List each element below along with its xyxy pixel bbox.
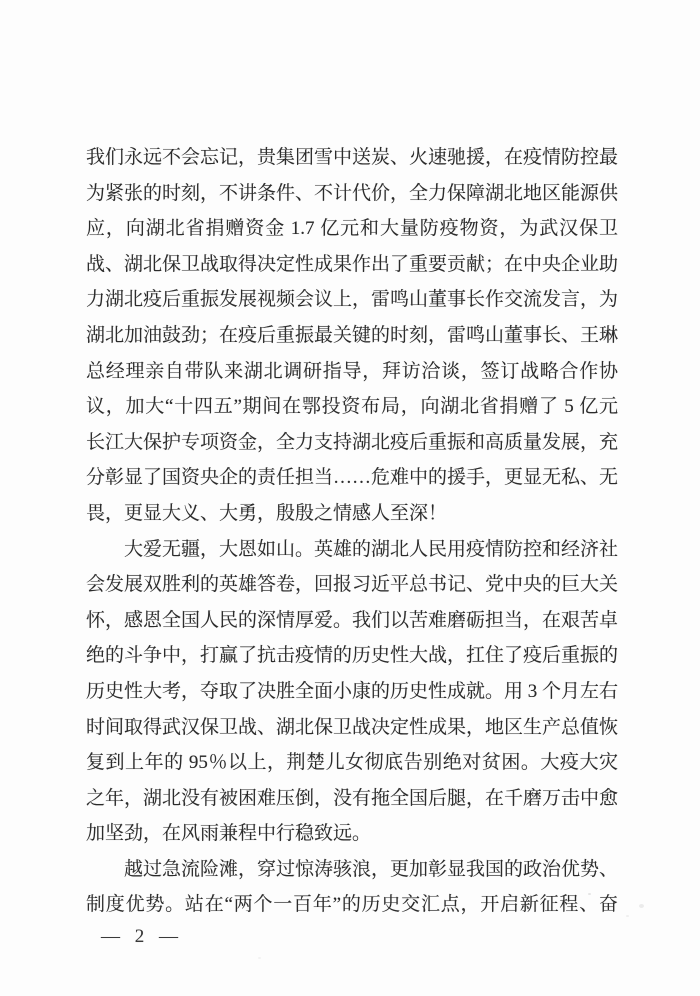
- text-line: 之年，湖北没有被困难压倒，没有拖全国后腿，在千磨万击中愈: [86, 781, 618, 817]
- document-page: 我们永远不会忘记，贵集团雪中送炭、火速驰援，在疫情防控最 为紧张的时刻，不讲条件…: [0, 0, 700, 996]
- text-line: 为紧张的时刻，不讲条件、不计代价，全力保障湖北地区能源供: [86, 176, 618, 212]
- text-line: 复到上年的 95％以上，荆楚儿女彻底告别绝对贫困。大疫大灾: [86, 745, 618, 781]
- text-line: 会发展双胜利的英雄答卷，回报习近平总书记、党中央的巨大关: [86, 567, 618, 603]
- text-line: 应，向湖北省捐赠资金 1.7 亿元和大量防疫物资，为武汉保卫: [86, 211, 618, 247]
- text-line: 总经理亲自带队来湖北调研指导，拜访洽谈，签订战略合作协: [86, 354, 618, 390]
- text-line: 历史性大考，夺取了决胜全面小康的历史性成就。用 3 个月左右: [86, 674, 618, 710]
- text-line: 我们永远不会忘记，贵集团雪中送炭、火速驰援，在疫情防控最: [86, 140, 618, 176]
- text-line: 长江大保护专项资金，全力支持湖北疫后重振和高质量发展，充: [86, 425, 618, 461]
- text-line: 湖北加油鼓劲；在疫后重振最关键的时刻，雷鸣山董事长、王琳: [86, 318, 618, 354]
- text-line: 加坚劲，在风雨兼程中行稳致远。: [86, 816, 618, 852]
- text-line: 制度优势。站在“两个一百年”的历史交汇点，开启新征程、奋: [86, 887, 618, 923]
- text-line: 议，加大“十四五”期间在鄂投资布局，向湖北省捐赠了 5 亿元: [86, 389, 618, 425]
- text-line: 分彰显了国资央企的责任担当……危难中的援手，更显无私、无: [86, 460, 618, 496]
- letter-body: 我们永远不会忘记，贵集团雪中送炭、火速驰援，在疫情防控最 为紧张的时刻，不讲条件…: [86, 140, 618, 923]
- text-line: 大爱无疆，大恩如山。英雄的湖北人民用疫情防控和经济社: [86, 532, 618, 568]
- text-line: 畏，更显大义、大勇，殷殷之情感人至深！: [86, 496, 618, 532]
- text-line: 战、湖北保卫战取得决定性成果作出了重要贡献；在中央企业助: [86, 247, 618, 283]
- page-number: — 2 —: [101, 926, 183, 948]
- text-line: 绝的斗争中，打赢了抗击疫情的历史性大战，扛住了疫后重振的: [86, 638, 618, 674]
- text-line: 力湖北疫后重振发展视频会议上，雷鸣山董事长作交流发言，为: [86, 282, 618, 318]
- text-line: 时间取得武汉保卫战、湖北保卫战决定性成果，地区生产总值恢: [86, 710, 618, 746]
- scan-artifact: [588, 893, 591, 895]
- text-line: 越过急流险滩，穿过惊涛骇浪，更加彰显我国的政治优势、: [86, 852, 618, 888]
- text-line: 怀，感恩全国人民的深情厚爱。我们以苦难磨砺担当，在艰苦卓: [86, 603, 618, 639]
